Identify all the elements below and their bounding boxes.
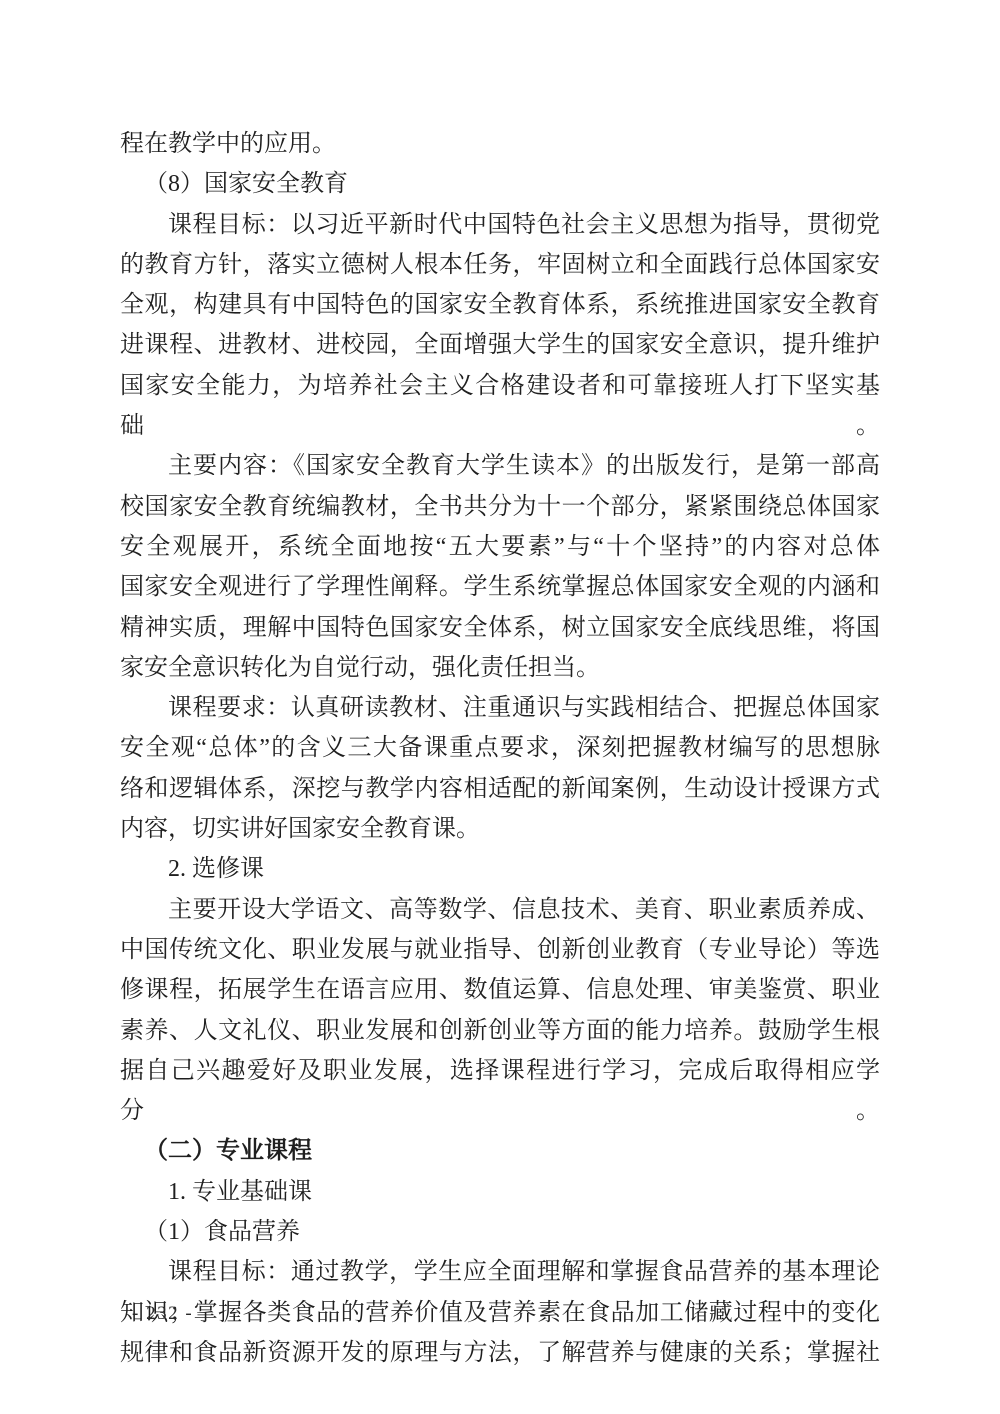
- text-line: 2. 选修课: [120, 849, 880, 889]
- text-line: 1. 专业基础课: [120, 1172, 880, 1212]
- para-continued-from-previous-page: 程在教学中的应用。: [120, 124, 880, 164]
- text-line: 进课程、进教材、进校园，全面增强大学生的国家安全意识，提升维护: [120, 325, 880, 365]
- text-line: （二）专业课程: [120, 1131, 880, 1171]
- text-line: 精神实质，理解中国特色国家安全体系，树立国家安全底线思维，将国: [120, 608, 880, 648]
- text-line: 国家安全观进行了学理性阐释。学生系统掌握总体国家安全观的内涵和: [120, 567, 880, 607]
- document-page: 程在教学中的应用。（8）国家安全教育课程目标：以习近平新时代中国特色社会主义思想…: [0, 0, 1000, 1414]
- text-line: 的教育方针，落实立德树人根本任务，牢固树立和全面践行总体国家安: [120, 245, 880, 285]
- para-electives-description: 主要开设大学语文、高等数学、信息技术、美育、职业素质养成、中国传统文化、职业发展…: [120, 890, 880, 1132]
- text-line: 主要开设大学语文、高等数学、信息技术、美育、职业素质养成、: [120, 890, 880, 930]
- text-line: 中国传统文化、职业发展与就业指导、创新创业教育（专业导论）等选: [120, 930, 880, 970]
- text-line: 安全观“总体”的含义三大备课重点要求，深刻把握教材编写的思想脉: [120, 728, 880, 768]
- heading-item-8: （8）国家安全教育: [120, 164, 880, 204]
- page-number: - 232 -: [132, 1303, 193, 1325]
- text-line: 程在教学中的应用。: [120, 124, 880, 164]
- text-line: 课程目标：通过教学，学生应全面理解和掌握食品营养的基本理论: [120, 1252, 880, 1292]
- heading-item-1-food-nutrition: （1）食品营养: [120, 1212, 880, 1252]
- heading-item-2-electives: 2. 选修课: [120, 849, 880, 889]
- para-course-requirements-national-security: 课程要求：认真研读教材、注重通识与实践相结合、把握总体国家安全观“总体”的含义三…: [120, 688, 880, 849]
- document-body: 程在教学中的应用。（8）国家安全教育课程目标：以习近平新时代中国特色社会主义思想…: [120, 124, 880, 1373]
- text-line: 课程目标：以习近平新时代中国特色社会主义思想为指导，贯彻党: [120, 205, 880, 245]
- text-line: 全观，构建具有中国特色的国家安全教育体系，系统推进国家安全教育: [120, 285, 880, 325]
- text-line: 据自己兴趣爱好及职业发展，选择课程进行学习，完成后取得相应学分。: [120, 1051, 880, 1132]
- para-course-goal-food-nutrition: 课程目标：通过教学，学生应全面理解和掌握食品营养的基本理论知识；掌握各类食品的营…: [120, 1252, 880, 1373]
- text-line: 家安全意识转化为自觉行动，强化责任担当。: [120, 648, 880, 688]
- text-line: （1）食品营养: [120, 1212, 880, 1252]
- text-line: 安全观展开，系统全面地按“五大要素”与“十个坚持”的内容对总体: [120, 527, 880, 567]
- text-line: 内容，切实讲好国家安全教育课。: [120, 809, 880, 849]
- heading-item-1-professional-basic: 1. 专业基础课: [120, 1172, 880, 1212]
- text-line: 课程要求：认真研读教材、注重通识与实践相结合、把握总体国家: [120, 688, 880, 728]
- text-line: （8）国家安全教育: [120, 164, 880, 204]
- text-line: 知识；掌握各类食品的营养价值及营养素在食品加工储藏过程中的变化: [120, 1293, 880, 1333]
- text-line: 络和逻辑体系，深挖与教学内容相适配的新闻案例，生动设计授课方式: [120, 769, 880, 809]
- text-line: 素养、人文礼仪、职业发展和创新创业等方面的能力培养。鼓励学生根: [120, 1011, 880, 1051]
- text-line: 国家安全能力，为培养社会主义合格建设者和可靠接班人打下坚实基础。: [120, 366, 880, 447]
- text-line: 修课程，拓展学生在语言应用、数值运算、信息处理、审美鉴赏、职业: [120, 970, 880, 1010]
- para-course-goal-national-security: 课程目标：以习近平新时代中国特色社会主义思想为指导，贯彻党的教育方针，落实立德树…: [120, 205, 880, 447]
- text-line: 主要内容：《国家安全教育大学生读本》的出版发行，是第一部高: [120, 446, 880, 486]
- text-line: 规律和食品新资源开发的原理与方法，了解营养与健康的关系；掌握社: [120, 1333, 880, 1373]
- para-main-content-national-security: 主要内容：《国家安全教育大学生读本》的出版发行，是第一部高校国家安全教育统编教材…: [120, 446, 880, 688]
- text-line: 校国家安全教育统编教材，全书共分为十一个部分，紧紧围绕总体国家: [120, 487, 880, 527]
- heading-section-2-professional-courses: （二）专业课程: [120, 1131, 880, 1171]
